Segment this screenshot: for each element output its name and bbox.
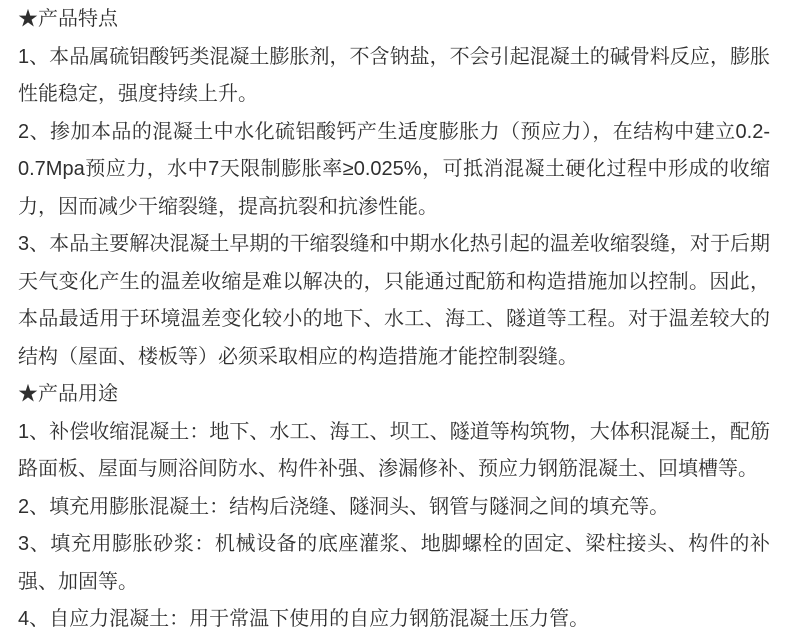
section-heading-text: 产品用途 [38,383,118,405]
product-description-page: ★产品特点 1、本品属硫铝酸钙类混凝土膨胀剂，不含钠盐，不会引起混凝土的碱骨料反… [0,0,790,639]
use-item-2: 2、填充用膨胀混凝土：结构后浇缝、隧洞头、钢管与隧洞之间的填充等。 [18,489,770,527]
use-item-3: 3、填充用膨胀砂浆：机械设备的底座灌浆、地脚螺栓的固定、梁柱接头、构件的补强、加… [18,526,770,601]
section-heading-text: 产品特点 [38,8,118,30]
section-product-uses: ★产品用途 1、补偿收缩混凝土：地下、水工、海工、坝工、隧道等构筑物，大体积混凝… [18,376,770,639]
star-icon: ★ [18,383,38,405]
section-heading-features: ★产品特点 [18,1,770,39]
star-icon: ★ [18,8,38,30]
section-product-features: ★产品特点 1、本品属硫铝酸钙类混凝土膨胀剂，不含钠盐，不会引起混凝土的碱骨料反… [18,1,770,376]
feature-item-1: 1、本品属硫铝酸钙类混凝土膨胀剂，不含钠盐，不会引起混凝土的碱骨料反应，膨胀性能… [18,39,770,114]
section-heading-uses: ★产品用途 [18,376,770,414]
use-item-4: 4、自应力混凝土：用于常温下使用的自应力钢筋混凝土压力管。 [18,601,770,639]
feature-item-3: 3、本品主要解决混凝土早期的干缩裂缝和中期水化热引起的温差收缩裂缝，对于后期天气… [18,226,770,376]
use-item-1: 1、补偿收缩混凝土：地下、水工、海工、坝工、隧道等构筑物，大体积混凝土，配筋路面… [18,414,770,489]
feature-item-2: 2、掺加本品的混凝土中水化硫铝酸钙产生适度膨胀力（预应力），在结构中建立0.2-… [18,114,770,227]
